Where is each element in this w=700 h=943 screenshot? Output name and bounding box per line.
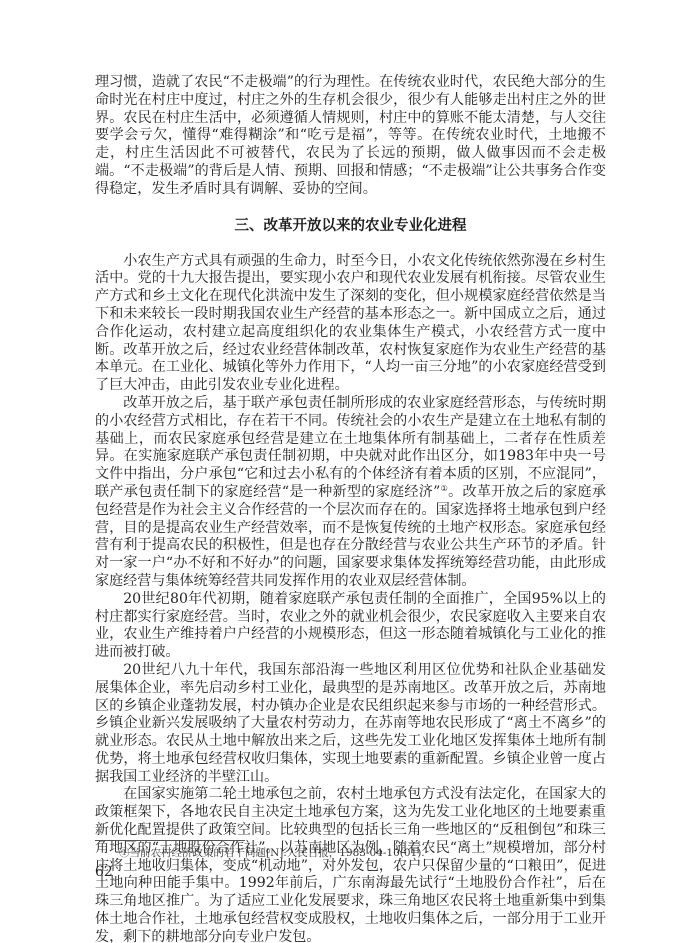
section-heading: 三、改革开放以来的农业专业化进程: [95, 199, 606, 253]
body-paragraph: 20世纪八九十年代，我国东部沿海一些地区利用区位优势和社队企业基础发展集体企业，…: [95, 662, 606, 787]
footnote: ①当前农村经济政策的若干问题[N].人民日报，1983-04-10(01).: [119, 846, 425, 860]
page-body: 理习惯，造就了农民“不走极端”的行为理性。在传统农业时代，农民绝大部分的生命时光…: [95, 74, 606, 943]
body-paragraph-continued: 理习惯，造就了农民“不走极端”的行为理性。在传统农业时代，农民绝大部分的生命时光…: [95, 74, 606, 199]
footnote-divider: [95, 840, 245, 841]
body-paragraph: 在国家实施第二轮土地承包之前，农村土地承包方式没有法定化，在国家大的政策框架下，…: [95, 786, 606, 943]
footnote-reference[interactable]: ①: [440, 484, 448, 493]
body-paragraph-with-footnote: 改革开放之后，基于联产承包责任制所形成的农业家庭经营形态，与传统时期的小农经营方…: [95, 395, 606, 591]
body-paragraph: 小农生产方式具有顽强的生命力，时至今日，小农文化传统依然弥漫在乡村生活中。党的十…: [95, 253, 606, 395]
body-paragraph: 20世纪80年代初期，随着家庭联产承包责任制的全面推广，全国95%以上的村庄都实…: [95, 591, 606, 662]
page-number: 62: [95, 863, 113, 881]
